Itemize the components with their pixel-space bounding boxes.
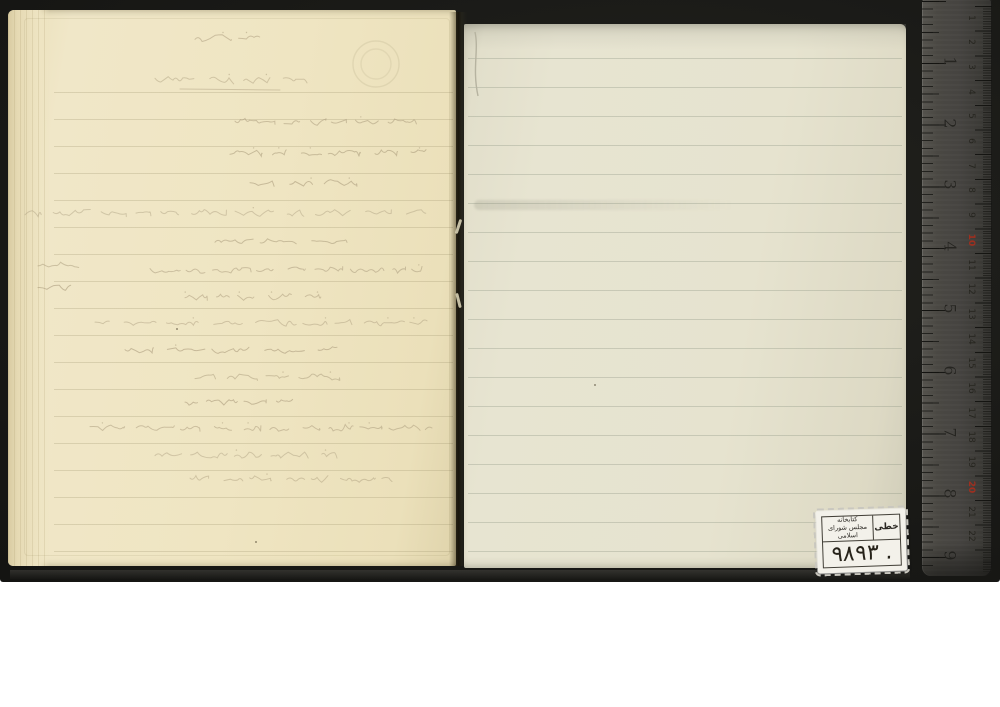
ruler-cm-number: 6 [966,134,976,148]
handwriting-line [195,35,260,42]
handwriting-dot [348,422,349,423]
handwriting-dot [349,177,350,178]
handwriting-dot [419,147,420,148]
handwriting-dot [310,177,311,178]
ruler-cm-number: 12 [966,282,976,296]
ruler-cm-number: 2 [966,35,976,49]
dust-speck [176,328,178,330]
label-frame: خطى كتابخانه مجلس شوراى اسلامى ۹۸۹۳ . [821,514,902,569]
handwriting-line [90,425,432,432]
handwriting-line [250,180,357,187]
label-library-line3: اسلامى [838,532,858,540]
ruler-cm-number: 19 [966,455,976,469]
handwriting-dot [369,422,370,423]
handwriting-line [25,210,426,217]
handwriting-dot [247,422,248,423]
library-label: خطى كتابخانه مجلس شوراى اسلامى ۹۸۹۳ . [816,508,907,573]
handwriting-dot [222,422,223,423]
ruler-cm-number: 9 [966,208,976,222]
page-smudge [474,200,734,210]
ink-stamp-circle [361,49,391,79]
ruler-inch-number: 5 [941,300,960,318]
ink-stamp-circle [353,41,399,87]
ruler-cm-number: 17 [966,406,976,420]
ruler-cm-number: 3 [966,60,976,74]
handwriting-dot [222,32,223,33]
handwriting-dot [175,344,176,345]
ruler-cm-number: 16 [966,381,976,395]
handwriting-line [38,285,71,290]
handwriting-dot [413,317,414,318]
right-page-ruled-lines [468,58,902,556]
dust-speck [255,541,257,543]
handwriting-dot [310,147,311,148]
right-page [464,24,906,568]
handwriting-dot [229,74,230,75]
ruler-cm-number: 18 [966,430,976,444]
torn-corner-curl [466,30,486,100]
handwriting-line [190,476,392,483]
ruler-inch-number: 7 [941,423,960,441]
handwriting-line [38,262,79,267]
handwriting-dot [387,317,388,318]
cover-sheen [10,570,910,579]
label-category: خطى [872,515,900,540]
ruler-cm-number: 21 [966,505,976,519]
handwriting [8,10,456,566]
right-page-top-shading [464,24,906,50]
handwriting-line [150,267,422,274]
ruler-inch-number: 8 [941,485,960,503]
handwriting-dot [418,264,419,265]
label-manuscript-number: ۹۸۹۳ . [823,539,901,568]
handwriting-dot [271,291,272,292]
handwriting-dot [185,291,186,292]
ruler-cm-number: 7 [966,159,976,173]
ruler-cm-number: 10 [966,233,976,247]
handwriting-line [185,399,293,405]
handwriting-line [230,150,426,157]
handwriting-dot [239,291,240,292]
handwriting-dot [102,422,103,423]
handwriting-dot [317,291,318,292]
handwriting-line [195,374,340,380]
handwriting-line [155,452,337,458]
handwriting-dot [253,207,254,208]
ruler-inch-number: 2 [941,114,960,132]
handwriting-line [95,320,427,327]
ruler-cm-number: 11 [966,258,976,272]
handwriting-dot [246,32,247,33]
handwriting-line [155,77,307,90]
ruler-cm-number: 15 [966,356,976,370]
label-library-name: كتابخانه مجلس شوراى اسلامى [822,516,873,542]
manuscript-scan: 123456789 123456789101112131415161718192… [0,0,1000,707]
handwriting-dot [253,147,254,148]
dust-speck [594,384,596,386]
left-page [8,10,456,566]
ruler-cm-number: 5 [966,109,976,123]
handwriting-line [235,119,416,126]
handwriting-dot [282,371,283,372]
handwriting-dot [266,74,267,75]
handwriting-line [185,294,321,301]
handwriting-line [215,239,347,244]
handwriting-line [125,347,337,354]
handwriting-dot [325,449,326,450]
handwriting-dot [236,449,237,450]
ruler-inch-number: 1 [941,52,960,70]
ruler-inch-number: 6 [941,361,960,379]
handwriting-dot [360,116,361,117]
ruler-inch-number: 4 [941,238,960,256]
handwriting-dot [330,371,331,372]
ruler: 123456789 123456789101112131415161718192… [922,0,992,576]
ruler-inch-number: 3 [941,176,960,194]
handwriting-dot [278,147,279,148]
handwriting-dot [325,317,326,318]
ruler-cm-ticks [975,6,992,572]
ruler-cm-number: 8 [966,183,976,197]
ruler-cm-number: 13 [966,307,976,321]
handwriting-dot [266,473,267,474]
ruler-cm-number: 4 [966,85,976,99]
ruler-bottom-shadow [922,542,992,576]
ruler-cm-number: 20 [966,480,976,494]
ruler-cm-number: 1 [966,11,976,25]
handwriting-dot [193,317,194,318]
ruler-cm-number: 14 [966,332,976,346]
